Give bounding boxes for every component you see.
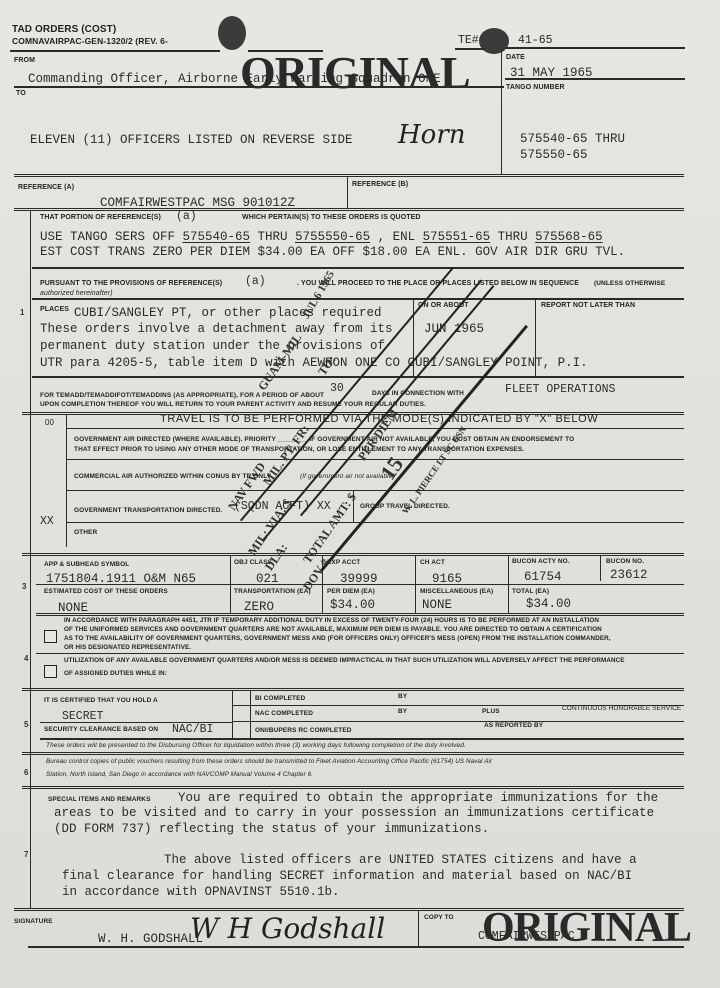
section6-line1: Bureau control copies of public vouchers… [46, 758, 492, 765]
section-number-7: 7 [24, 850, 28, 859]
pursuant-value: (a) [245, 275, 266, 288]
based-on-label: SECURITY CLEARANCE BASED ON [44, 726, 158, 733]
liquidation-note: These orders will be presented to the Di… [46, 742, 466, 749]
para4b-line1: UTILIZATION OF ANY AVAILABLE GOVERNMENT … [64, 657, 625, 664]
bucon-no-value: 23612 [610, 568, 648, 582]
signature-script: W H Godshall [190, 912, 385, 945]
punch-hole [218, 16, 246, 50]
period-value: 30 [330, 382, 344, 395]
tango-line1: 575540-65 THRU [520, 132, 625, 146]
places-label: PLACES [40, 306, 69, 313]
pursuant-note: (Unless otherwise [594, 280, 665, 287]
quote-line2: EST COST TRANS ZERO PER DIEM $34.00 EA O… [40, 245, 625, 259]
te-number: 41-65 [518, 34, 553, 47]
section-number-5: 5 [24, 720, 28, 729]
nac-by-label: BY [398, 708, 407, 715]
original-stamp-top: ORIGINAL [240, 46, 470, 99]
ref-a-label: REFERENCE (a) [18, 184, 74, 191]
para4-line1: IN ACCORDANCE WITH PARAGRAPH 4451, JTR I… [64, 617, 599, 624]
quarters-impractical-checkbox[interactable] [44, 665, 57, 678]
original-stamp-bottom: ORIGINAL [482, 904, 691, 952]
report-label: REPORT NOT LATER THAN [541, 302, 635, 309]
gov-trans-label: GOVERNMENT TRANSPORTATION DIRECTED. [74, 507, 222, 514]
app-label: APP & SUBHEAD SYMBOL [44, 561, 129, 568]
tango-label: TANGO NUMBER [506, 84, 565, 91]
to-value: ELEVEN (11) OFFICERS LISTED ON REVERSE S… [30, 133, 353, 147]
section-number-3: 3 [22, 582, 26, 591]
travel-mark: XX [40, 515, 54, 528]
to-signature: Horn [398, 120, 466, 150]
date-label: DATE [506, 54, 525, 61]
pursuant-note2: authorized hereinafter) [40, 290, 113, 297]
punch-hole [479, 28, 509, 54]
portion-suffix: WHICH PERTAIN(S) TO THESE ORDERS IS QUOT… [242, 214, 421, 221]
places-line4: UTR para 4205-5, table item D with AEWRO… [40, 356, 588, 370]
gov-air-line1: GOVERNMENT AIR DIRECTED (Where Available… [74, 436, 574, 443]
quote-line1: USE TANGO SERS OFF 575540-65 THRU 575555… [40, 230, 603, 244]
tango-line2: 575550-65 [520, 148, 588, 162]
section6-line2: Station, North Island, San Diego in acco… [46, 771, 313, 778]
places-line3: permanent duty station under the provisi… [40, 339, 385, 353]
section-number-6: 6 [24, 768, 28, 777]
remarks-p2-line3: in accordance with OPNAVINST 5510.1b. [62, 885, 340, 899]
remarks-p2-line2: final clearance for handling SECRET info… [62, 869, 632, 883]
per-diem-label: PER DIEM (ea) [327, 588, 375, 595]
trans-value: ZERO [244, 600, 274, 614]
to-label: TO [16, 90, 26, 97]
travel-number: 00 [45, 418, 54, 427]
form-number: COMNAVAIRPAC-GEN-1320/2 (REV. 6- [12, 36, 168, 46]
copy-to-label: COPY TO [424, 914, 454, 921]
tad-orders-document: TAD ORDERS (Cost) COMNAVAIRPAC-GEN-1320/… [0, 0, 720, 988]
misc-value: NONE [422, 598, 452, 612]
form-title: TAD ORDERS (Cost) [12, 24, 116, 35]
return-text: UPON COMPLETION THEREOF YOU WILL RETURN … [40, 401, 426, 408]
section-number-4: 4 [24, 654, 28, 663]
total-value: $34.00 [526, 597, 571, 611]
remarks-p1-line3: (DD FORM 737) reflecting the status of y… [54, 822, 489, 836]
para4b-line2: OF ASSIGNED DUTIES WHILE IN: [64, 670, 167, 677]
other-label: OTHER [74, 529, 97, 536]
signature-label: SIGNATURE [14, 918, 53, 925]
total-label: TOTAL (ea) [512, 588, 549, 595]
from-label: FROM [14, 57, 35, 64]
portion-label: THAT PORTION OF REFERENCE(S) [40, 214, 161, 221]
bi-label: BI COMPLETED [255, 695, 305, 702]
plus-label: PLUS [482, 708, 500, 715]
bi-by-label: BY [398, 693, 407, 700]
para4-line2: OF THE UNIFORMED SERVICES AND GOVERNMENT… [64, 626, 602, 633]
pursuant-label: PURSUANT TO THE PROVISIONS OF REFERENCE(… [40, 280, 222, 287]
connection-value: FLEET OPERATIONS [505, 383, 615, 396]
certified-label: IT IS CERTIFIED THAT YOU HOLD A [44, 697, 158, 704]
remarks-p1-line1: You are required to obtain the appropria… [178, 791, 658, 805]
misc-label: MISCELLANEOUS (ea) [420, 588, 493, 595]
continuous-label: CONTINUOUS HONORABLE SERVICE [562, 705, 681, 712]
remarks-label: SPECIAL ITEMS AND REMARKS [48, 796, 151, 803]
portion-value: (a) [176, 210, 197, 223]
bucon-no-label: BUCON NO. [606, 558, 644, 565]
trans-label: TRANSPORTATION (ea) [234, 588, 311, 595]
period-label: FOR TEMADD/TEMADDIFOT/TEMADDINS (as appr… [40, 392, 324, 399]
est-label: ESTIMATED COST OF THESE ORDERS [44, 588, 168, 595]
bucon-acty-label: BUCON ACTY NO. [512, 558, 570, 565]
remarks-p1-line2: areas to be visited and to carry in your… [54, 806, 654, 820]
places-line2: These orders involve a detachment away f… [40, 322, 393, 336]
stamp-text: DLA: [262, 541, 291, 574]
oni-label: ONI/BUPERS RC COMPLETED [255, 727, 352, 734]
nac-label: NAC COMPLETED [255, 710, 313, 717]
para4-line3: AS TO THE AVAILABILITY OF GOVERNMENT QUA… [64, 635, 611, 642]
signer-name: W. H. GODSHALL [98, 932, 203, 946]
bucon-acty-value: 61754 [524, 570, 562, 584]
ref-b-label: REFERENCE (b) [352, 181, 408, 188]
ch-label: CH ACT [420, 559, 445, 566]
para4-line4: OR HIS DESIGNATED REPRESENTATIVE. [64, 644, 191, 651]
based-on-value: NAC/BI [172, 723, 213, 736]
quarters-certification-checkbox[interactable] [44, 630, 57, 643]
section-number-1: 1 [20, 308, 24, 317]
as-reported-label: AS REPORTED BY [484, 722, 543, 729]
per-diem-value: $34.00 [330, 598, 375, 612]
places-line1: CUBI/SANGLEY PT, or other places require… [74, 306, 382, 320]
remarks-p2-line1: The above listed officers are UNITED STA… [164, 853, 637, 867]
